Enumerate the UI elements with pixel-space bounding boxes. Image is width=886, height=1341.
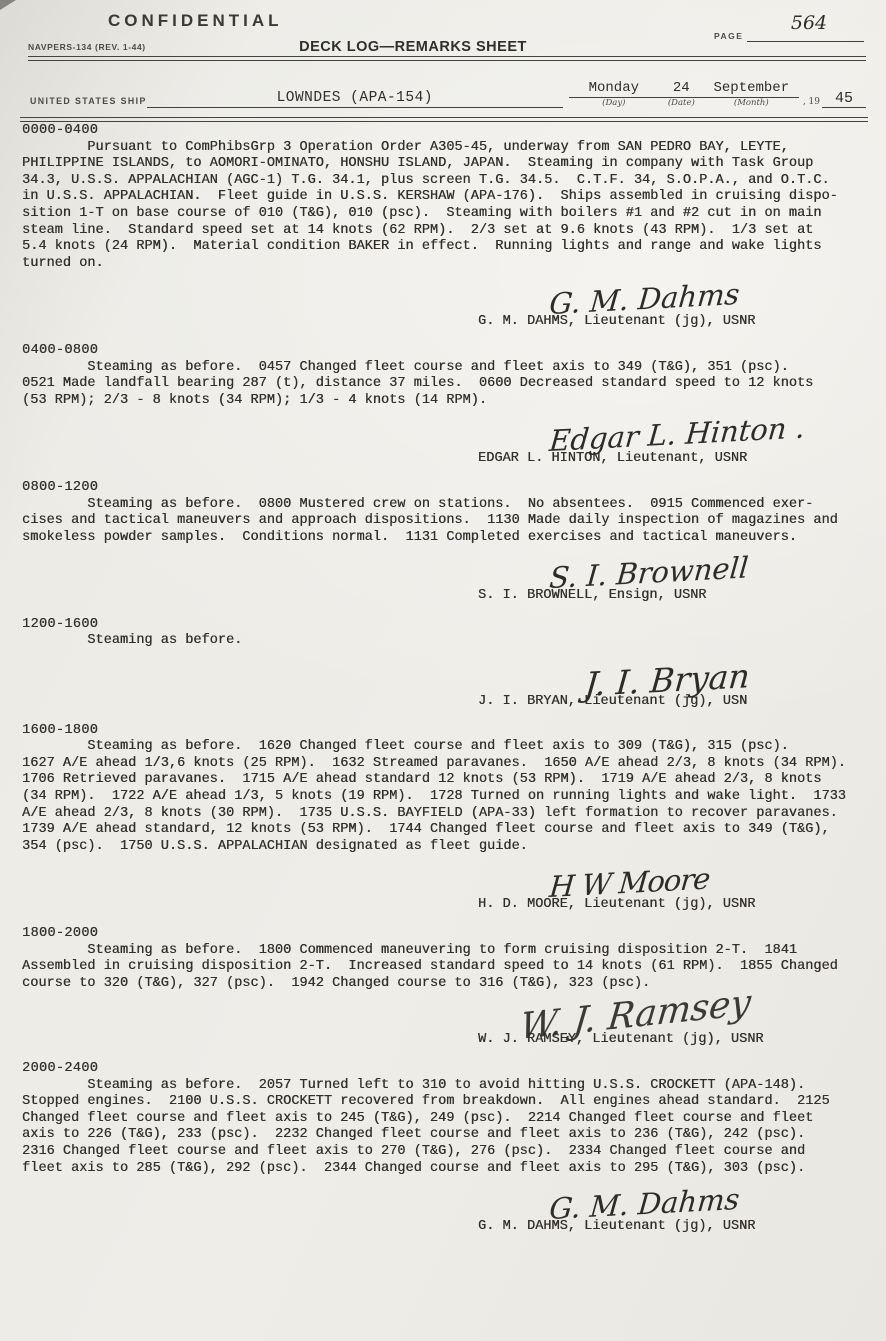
log-line: 1627 A/E ahead 1/3,6 knots (25 RPM). 163… (22, 756, 866, 773)
log-entry: 0400-0800 Steaming as before. 0457 Chang… (22, 343, 866, 468)
log-line: cises and tactical maneuvers and approac… (22, 513, 866, 530)
signature-typed-name: G. M. DAHMS, Lieutenant (jg), USNR (478, 314, 866, 331)
log-line: sition 1-T on base course of 010 (T&G), … (22, 206, 866, 223)
log-line: turned on. (22, 256, 866, 273)
log-entry: 1200-1600 Steaming as before. J. I. Brya… (22, 617, 866, 711)
log-entry: 1600-1800 Steaming as before. 1620 Chang… (22, 723, 866, 914)
header-double-rule (28, 56, 866, 61)
signature-block: W. J. Ramsey W. J. RAMSEY, Lieutenant (j… (478, 1007, 866, 1049)
date-values: Monday 24 September (569, 80, 799, 98)
log-entry-body: Steaming as before. 1620 Changed fleet c… (22, 739, 866, 855)
year-prefix: , 19 (799, 97, 822, 108)
log-line: 5.4 knots (24 RPM). Material condition B… (22, 239, 866, 256)
signature-block: Edgar L. Hinton . EDGAR L. HINTON, Lieut… (478, 424, 866, 468)
watch-heading: 2000-2400 (22, 1061, 866, 1078)
date-number: 24 (659, 80, 704, 96)
log-line: in U.S.S. APPALACHIAN. Fleet guide in U.… (22, 189, 866, 206)
ship-label: UNITED STATES SHIP (30, 96, 147, 108)
log-line: 2316 Changed fleet course and fleet axis… (22, 1144, 866, 1161)
signature-block: G. M. Dahms G. M. DAHMS, Lieutenant (jg)… (478, 287, 866, 331)
signature-typed-name: G. M. DAHMS, Lieutenant (jg), USNR (478, 1219, 866, 1236)
log-line: axis to 226 (T&G), 233 (psc). 2232 Chang… (22, 1127, 866, 1144)
log-line: 0521 Made landfall bearing 287 (t), dist… (22, 376, 866, 393)
log-line: Steaming as before. 1620 Changed fleet c… (22, 739, 866, 756)
log-line: Steaming as before. (22, 633, 866, 650)
signature-typed-name: H. D. MOORE, Lieutenant (jg), USNR (478, 897, 866, 914)
log-line: Steaming as before. 0457 Changed fleet c… (22, 360, 866, 377)
ship-name: LOWNDES (APA-154) (147, 90, 563, 108)
log-line: 354 (psc). 1750 U.S.S. APPALACHIAN desig… (22, 839, 866, 856)
log-line: Pursuant to ComPhibsGrp 3 Operation Orde… (22, 140, 866, 157)
watch-heading: 0800-1200 (22, 480, 866, 497)
watch-heading: 0000-0400 (22, 123, 866, 140)
log-line: PHILIPPINE ISLANDS, to AOMORI-OMINATO, H… (22, 156, 866, 173)
signature-typed-name: S. I. BROWNELL, Ensign, USNR (478, 588, 866, 605)
log-line: Steaming as before. 0800 Mustered crew o… (22, 497, 866, 514)
log-entry-body: Steaming as before. 0800 Mustered crew o… (22, 497, 866, 547)
log-entry: 2000-2400 Steaming as before. 2057 Turne… (22, 1061, 866, 1236)
document-title: DECK LOG—REMARKS SHEET (0, 39, 826, 55)
log-entries: 0000-0400 Pursuant to ComPhibsGrp 3 Oper… (0, 122, 886, 1236)
date-day: Monday (569, 80, 659, 96)
log-line: Assembled in cruising disposition 2-T. I… (22, 959, 866, 976)
day-field-label: (Day) (569, 98, 659, 108)
log-line: A/E ahead 2/3, 8 knots (30 RPM). 1735 U.… (22, 806, 866, 823)
log-line: (53 RPM); 2/3 - 8 knots (34 RPM); 1/3 - … (22, 393, 866, 410)
log-line: steam line. Standard speed set at 14 kno… (22, 223, 866, 240)
log-entry: 0800-1200 Steaming as before. 0800 Muste… (22, 480, 866, 605)
log-line: Steaming as before. 2057 Turned left to … (22, 1078, 866, 1095)
log-line: Changed fleet course and fleet axis to 2… (22, 1111, 866, 1128)
watch-heading: 1200-1600 (22, 617, 866, 634)
log-entry-body: Steaming as before. (22, 633, 866, 650)
date-field-labels: (Day) (Date) (Month) (569, 98, 799, 108)
log-line: Stopped engines. 2100 U.S.S. CROCKETT re… (22, 1094, 866, 1111)
date-group: Monday 24 September (Day) (Date) (Month) (569, 80, 799, 108)
ship-row-double-rule (20, 117, 868, 122)
page-number-block: 564 PAGE (714, 12, 864, 42)
ship-and-date-row: UNITED STATES SHIP LOWNDES (APA-154) Mon… (30, 80, 866, 108)
log-entry-body: Steaming as before. 0457 Changed fleet c… (22, 360, 866, 410)
month-field-label: (Month) (704, 98, 799, 108)
watch-heading: 1800-2000 (22, 926, 866, 943)
log-line: 34.3, U.S.S. APPALACHIAN (AGC-1) T.G. 34… (22, 173, 866, 190)
deck-log-remarks-sheet: { "header": { "classification": "CONFIDE… (0, 0, 886, 1341)
signature-block: J. I. Bryan J. I. BRYAN, Lieutenant (jg)… (478, 665, 866, 711)
log-line: fleet axis to 285 (T&G), 292 (psc). 2344… (22, 1161, 866, 1178)
log-line: (34 RPM). 1722 A/E ahead 1/3, 5 knots (1… (22, 789, 866, 806)
watch-heading: 1600-1800 (22, 723, 866, 740)
classification-stamp: CONFIDENTIAL (108, 11, 283, 31)
log-line: smokeless powder samples. Conditions nor… (22, 530, 866, 547)
form-header: CONFIDENTIAL 564 PAGE NAVPERS-134 (REV. … (0, 0, 886, 122)
log-line: 1739 A/E ahead standard, 12 knots (53 RP… (22, 822, 866, 839)
signature-block: H W Moore H. D. MOORE, Lieutenant (jg), … (478, 870, 866, 914)
date-field-label: (Date) (659, 98, 704, 108)
log-line: 1706 Retrieved paravanes. 1715 A/E ahead… (22, 772, 866, 789)
log-line: Steaming as before. 1800 Commenced maneu… (22, 943, 866, 960)
log-entry-body: Pursuant to ComPhibsGrp 3 Operation Orde… (22, 140, 866, 273)
date-month: September (704, 80, 799, 96)
year-value: 45 (822, 90, 866, 108)
signature-block: G. M. Dahms G. M. DAHMS, Lieutenant (jg)… (478, 1192, 866, 1236)
signature-block: S. I. Brownell S. I. BROWNELL, Ensign, U… (478, 561, 866, 605)
log-entry: 0000-0400 Pursuant to ComPhibsGrp 3 Oper… (22, 123, 866, 331)
watch-heading: 0400-0800 (22, 343, 866, 360)
log-entry: 1800-2000 Steaming as before. 1800 Comme… (22, 926, 866, 1049)
signature-typed-name: EDGAR L. HINTON, Lieutenant, USNR (478, 451, 866, 468)
log-entry-body: Steaming as before. 2057 Turned left to … (22, 1078, 866, 1178)
